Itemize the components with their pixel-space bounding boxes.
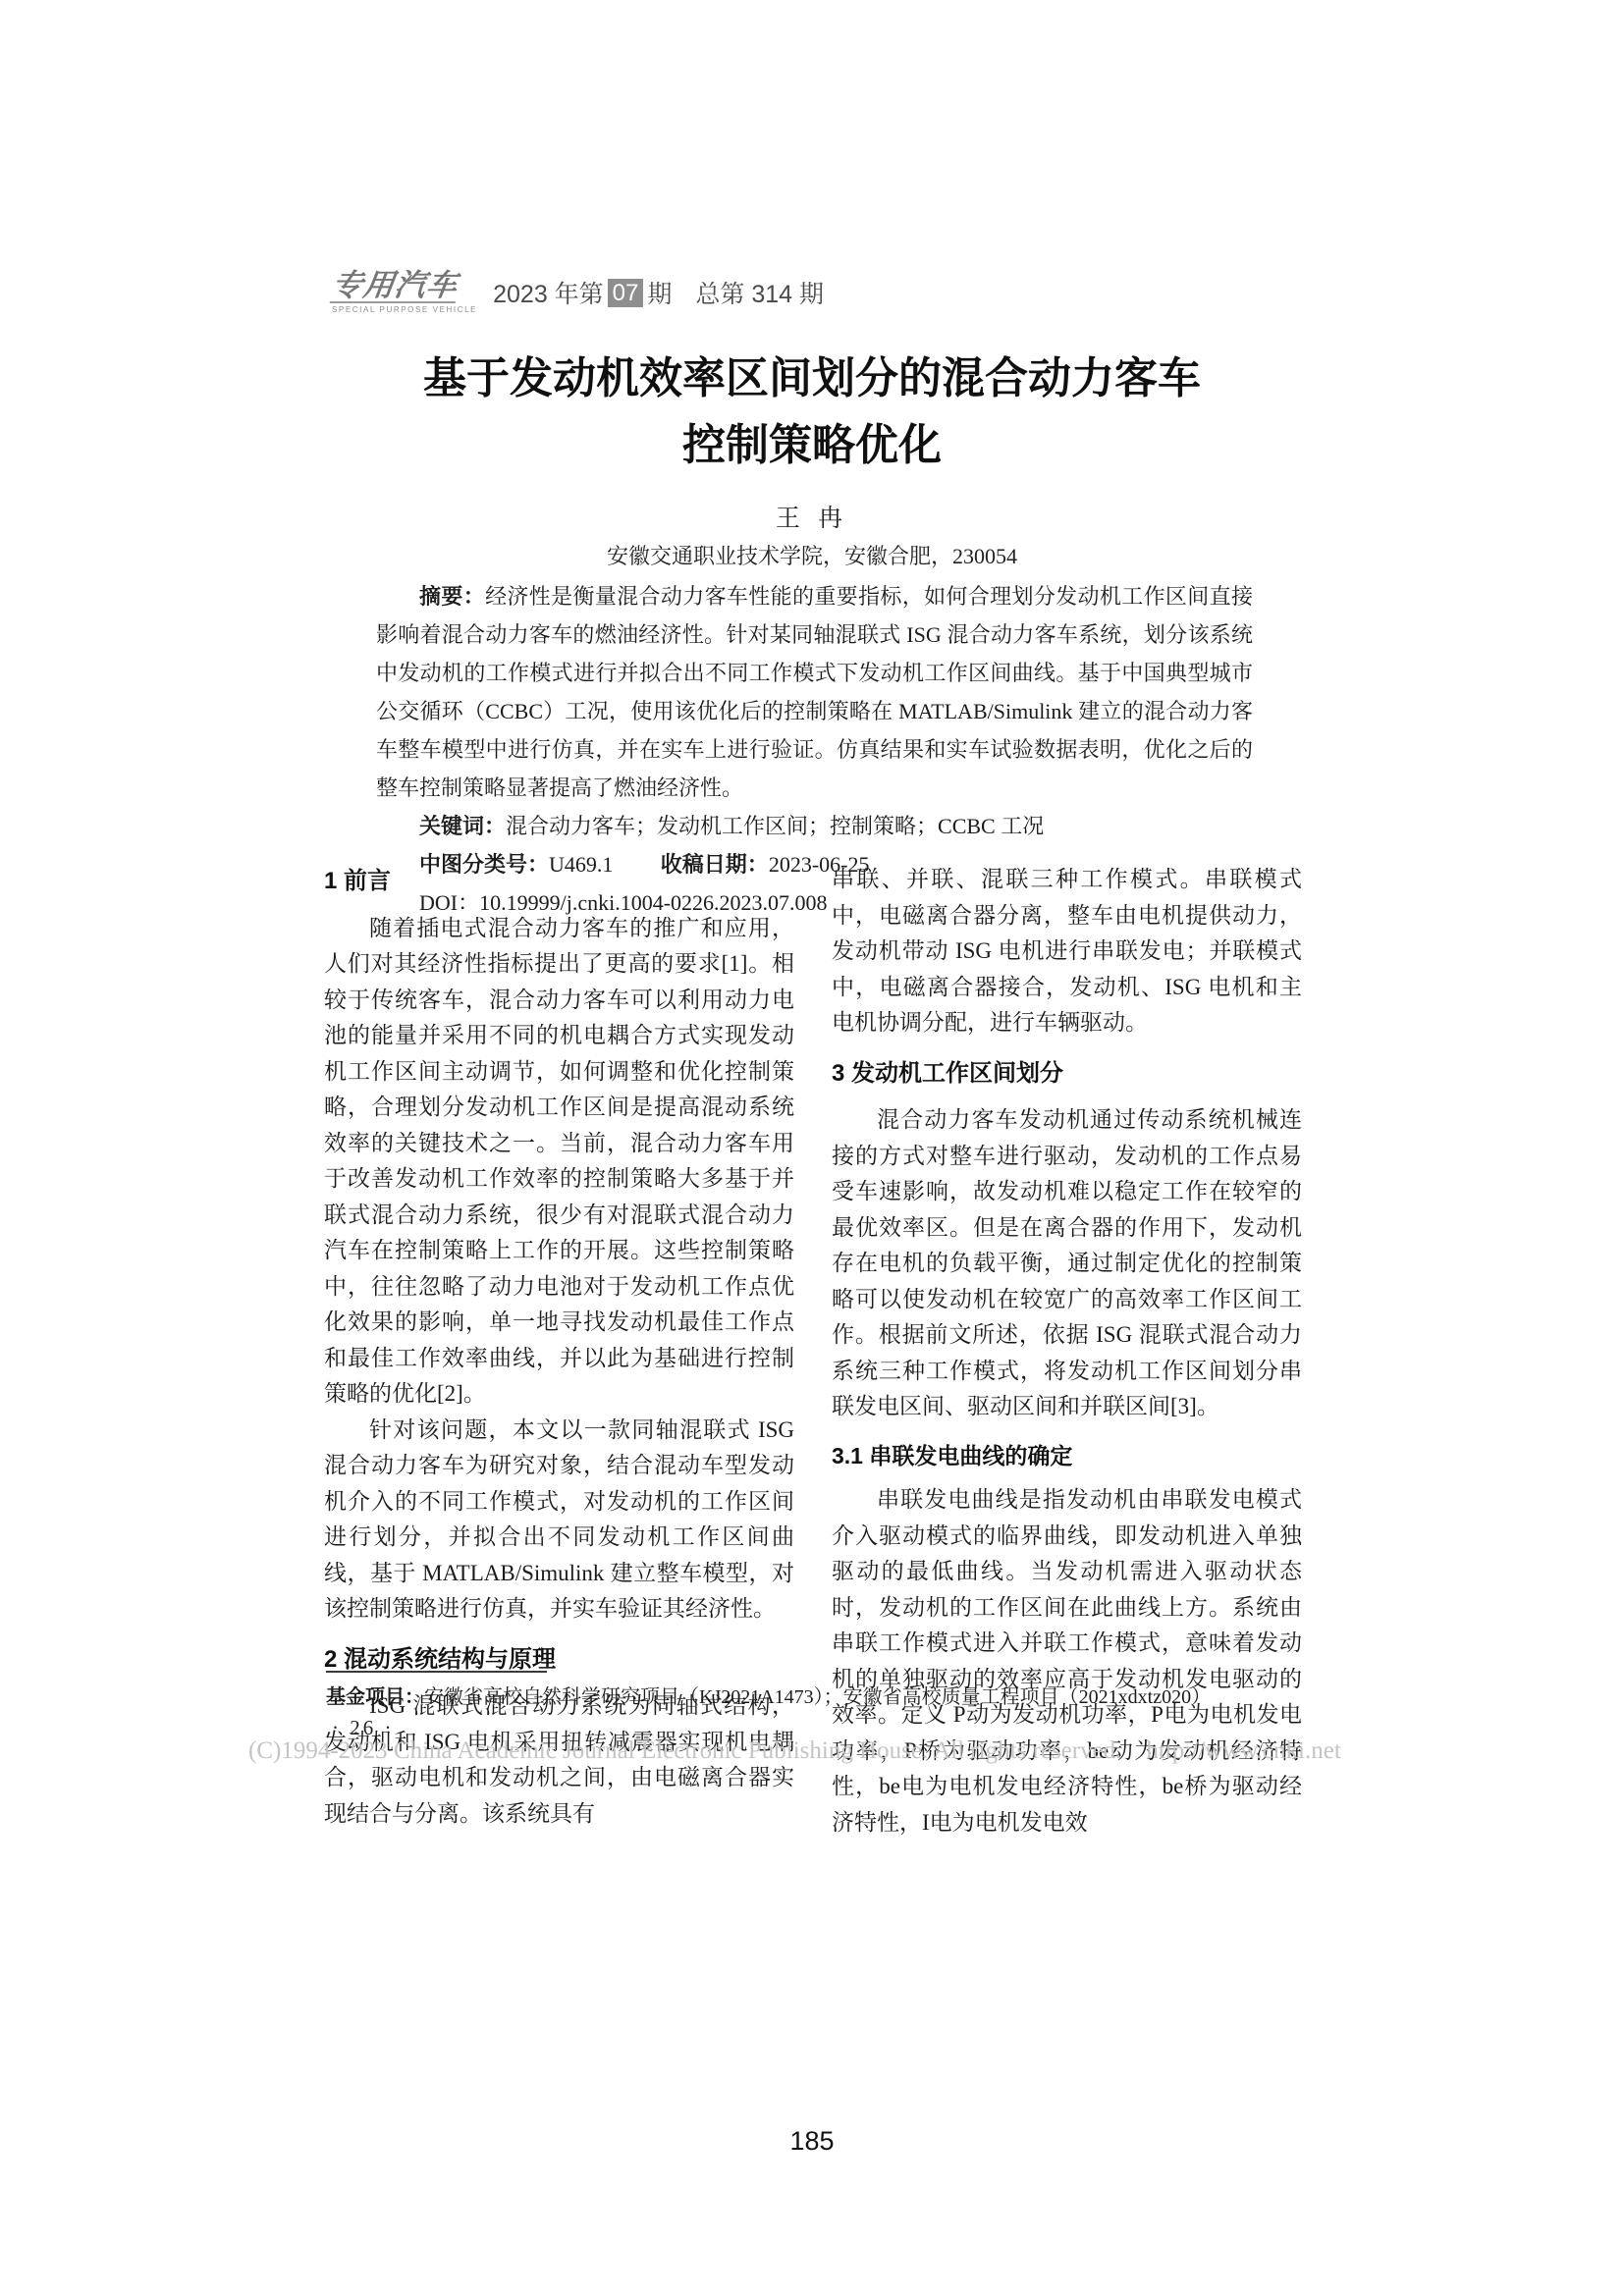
issue-suffix: 期 <box>647 275 672 310</box>
subsection-heading-3-1: 3.1 串联发电曲线的确定 <box>832 1438 1302 1474</box>
section-heading-1: 1 前言 <box>324 864 794 900</box>
footnote-divider <box>326 1671 547 1673</box>
journal-masthead: 专用汽车 SPECIAL PURPOSE VEHICLE 2023 年第 07 … <box>332 271 824 314</box>
keywords-text: 混合动力客车；发动机工作区间；控制策略；CCBC 工况 <box>506 814 1044 838</box>
issue-number-badge: 07 <box>608 279 644 307</box>
abstract-label: 摘要： <box>419 584 485 609</box>
abstract-text: 经济性是衡量混合动力客车性能的重要指标，如何合理划分发动机工作区间直接影响着混合… <box>376 584 1253 800</box>
funding-text: 安徽省高校自然科学研究项目（KJ2021A1473）；安徽省高校质量工程项目（2… <box>424 1686 1211 1708</box>
body-paragraph: 串联发电曲线是指发动机由串联发电模式介入驱动模式的临界曲线，即发动机进入单独驱动… <box>832 1482 1302 1841</box>
section-heading-3: 3 发动机工作区间划分 <box>832 1056 1302 1093</box>
funding-footnote: 基金项目：安徽省高校自然科学研究项目（KJ2021A1473）；安徽省高校质量工… <box>326 1682 1327 1712</box>
journal-logo-text: 专用汽车 <box>330 271 460 303</box>
issue-info: 2023 年第 07 期 总第 314 期 <box>493 275 824 310</box>
journal-logo: 专用汽车 SPECIAL PURPOSE VEHICLE <box>332 271 477 314</box>
funding-label: 基金项目： <box>326 1686 424 1708</box>
journal-logo-subtitle: SPECIAL PURPOSE VEHICLE <box>332 305 477 314</box>
article-title-line1: 基于发动机效率区间划分的混合动力客车 <box>321 346 1303 412</box>
body-paragraph: 针对该问题，本文以一款同轴混联式 ISG 混合动力客车为研究对象，结合混动车型发… <box>324 1413 794 1628</box>
author-name: 王 冉 <box>321 499 1303 534</box>
total-issue-number: 总第 314 期 <box>695 275 824 310</box>
article-title: 基于发动机效率区间划分的混合动力客车 控制策略优化 <box>321 346 1303 479</box>
issue-year-prefix: 2023 年第 <box>493 275 604 310</box>
journal-page: 专用汽车 SPECIAL PURPOSE VEHICLE 2023 年第 07 … <box>0 0 1624 2296</box>
keywords-line: 关键词：混合动力客车；发动机工作区间；控制策略；CCBC 工况 <box>376 807 1253 845</box>
body-paragraph: 混合动力客车发动机通过传动系统机械连接的方式对整车进行驱动，发动机的工作点易受车… <box>832 1102 1302 1425</box>
body-paragraph: 随着插电式混合动力客车的推广和应用，人们对其经济性指标提出了更高的要求[1]。相… <box>324 911 794 1413</box>
abstract-paragraph: 摘要：经济性是衡量混合动力客车性能的重要指标，如何合理划分发动机工作区间直接影响… <box>376 577 1253 807</box>
body-paragraph-continuation: 串联、并联、混联三种工作模式。串联模式中，电磁离合器分离，整车由电机提供动力，发… <box>832 862 1302 1041</box>
copyright-watermark: (C)1994-2023 China Academic Journal Elec… <box>248 1737 1466 1765</box>
article-title-line2: 控制策略优化 <box>321 412 1303 479</box>
pdf-page-number: 185 <box>0 2126 1624 2157</box>
author-affiliation: 安徽交通职业技术学院，安徽合肥，230054 <box>321 540 1303 570</box>
keywords-label: 关键词： <box>419 814 506 838</box>
